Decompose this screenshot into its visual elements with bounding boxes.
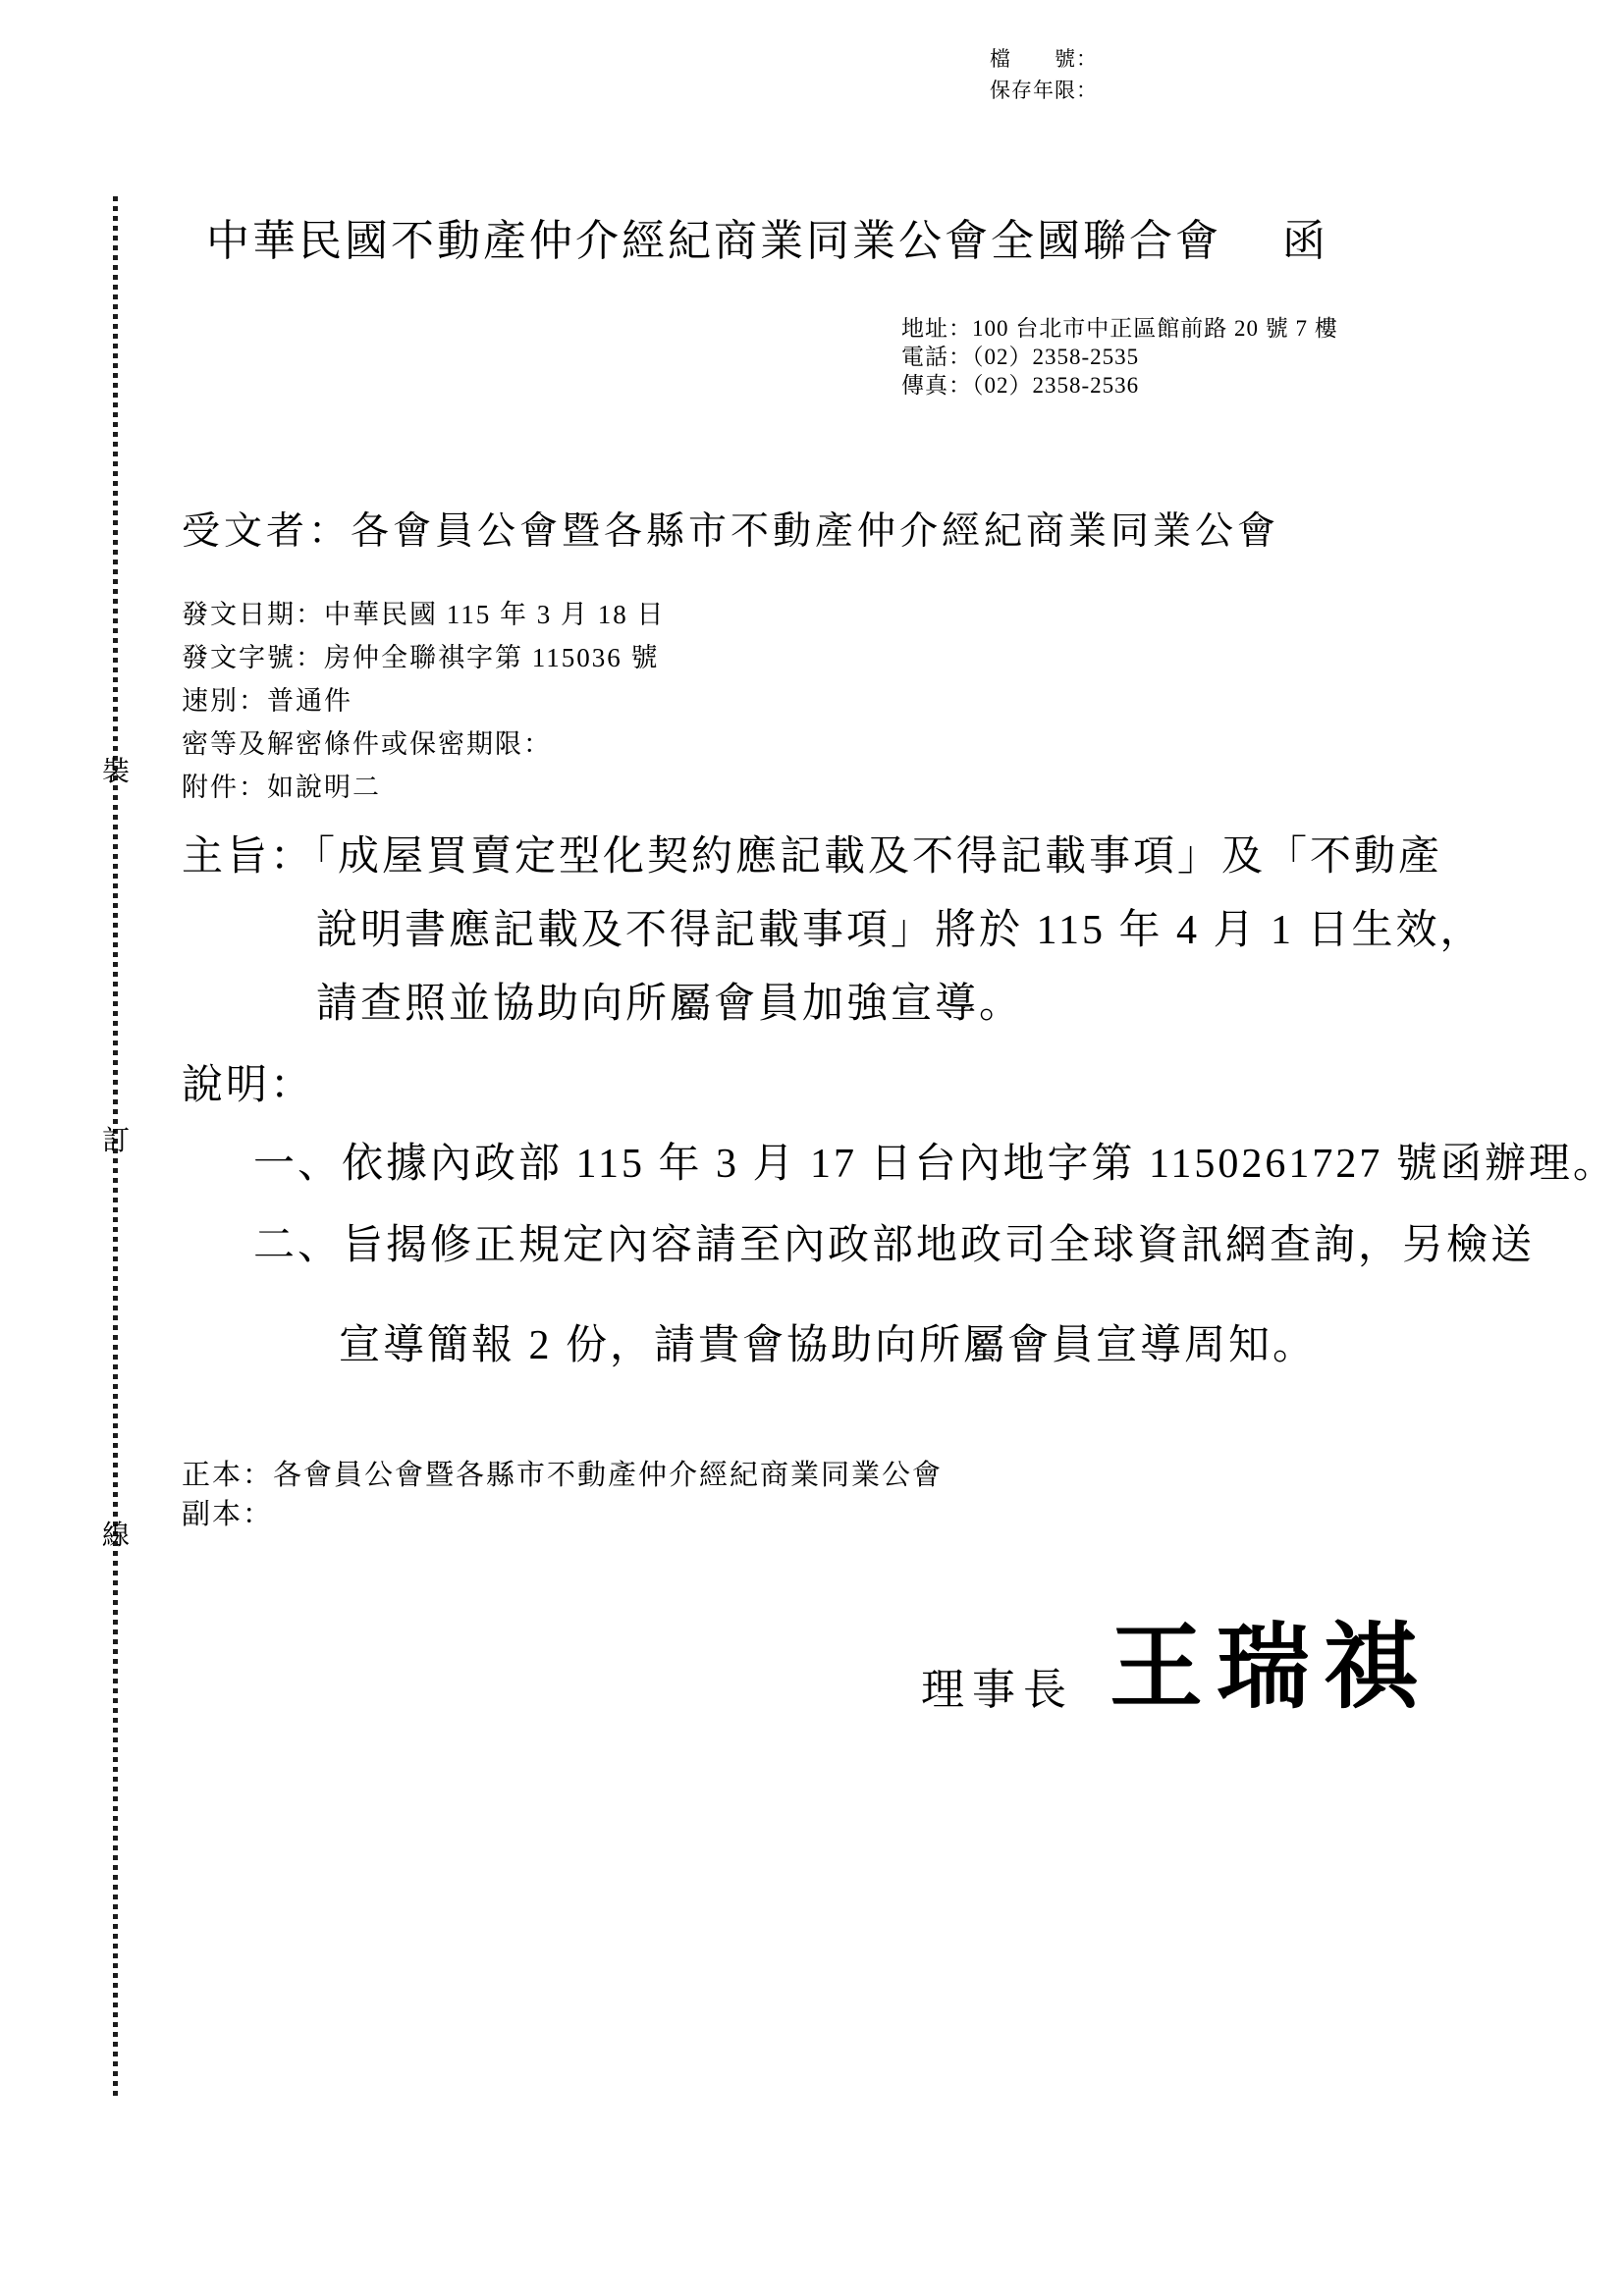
signer-title: 理事長 (921, 1669, 1074, 1712)
doc-title: 中華民國不動產仲介經紀商業同業公會全國聯合會函 (206, 220, 1328, 263)
explanation-heading: 說明： (182, 1065, 314, 1106)
phone-line: 電話：（02）2358-2535 (901, 343, 1338, 371)
retention-period-label: 保存年限： (990, 75, 1098, 106)
meta-speed: 速別：普通件 (182, 679, 666, 722)
subject-line-3: 請查照並協助向所屬會員加強宣導。 (316, 984, 1023, 1025)
file-header-block: 檔 號： 保存年限： (990, 43, 1098, 106)
original-copy-line: 正本：各會員公會暨各縣市不動產仲介經紀商業同業公會 (182, 1456, 943, 1495)
distribution-block: 正本：各會員公會暨各縣市不動產仲介經紀商業同業公會 副本： (182, 1456, 943, 1534)
file-number-label: 檔 號： (990, 43, 1098, 75)
meta-security: 密等及解密條件或保密期限： (182, 722, 666, 766)
explanation-item-2-line-1: 二、旨揭修正規定內容請至內政部地政司全球資訊網查詢，另檢送 (253, 1225, 1535, 1266)
meta-doc-number: 發文字號：房仲全聯祺字第 115036 號 (182, 636, 666, 679)
carbon-copy-line: 副本： (182, 1495, 943, 1534)
explanation-item-1: 一、依據內政部 115 年 3 月 17 日台內地字第 1150261727 號… (253, 1144, 1617, 1185)
binding-char-xian: 線 (101, 1522, 131, 1550)
meta-attachment: 附件：如說明二 (182, 766, 666, 809)
document-page: 裝 訂 線 檔 號： 保存年限： 中華民國不動產仲介經紀商業同業公會全國聯合會函… (0, 0, 1624, 2296)
subject-line-2: 說明書應記載及不得記載事項」將於 115 年 4 月 1 日生效， (316, 910, 1484, 951)
binding-char-ding: 訂 (101, 1128, 131, 1155)
subject-line-1: 主旨：「成屋買賣定型化契約應記載及不得記載事項」及「不動產 (182, 836, 1442, 878)
recipient-line: 受文者：各會員公會暨各縣市不動產仲介經紀商業同業公會 (182, 512, 1279, 551)
meta-date: 發文日期：中華民國 115 年 3 月 18 日 (182, 593, 666, 636)
fax-line: 傳真：（02）2358-2536 (901, 371, 1338, 400)
org-name: 中華民國不動產仲介經紀商業同業公會全國聯合會 (206, 217, 1221, 265)
doc-type-label: 函 (1282, 217, 1328, 265)
binding-char-zhuang: 裝 (101, 759, 131, 786)
meta-block: 發文日期：中華民國 115 年 3 月 18 日 發文字號：房仲全聯祺字第 11… (182, 593, 666, 809)
explanation-item-2-line-2: 宣導簡報 2 份，請貴會協助向所屬會員宣導周知。 (339, 1325, 1317, 1366)
address-line: 地址：100 台北市中正區館前路 20 號 7 樓 (901, 314, 1338, 343)
signer-name: 王瑞祺 (1110, 1622, 1431, 1715)
sender-contact-block: 地址：100 台北市中正區館前路 20 號 7 樓 電話：（02）2358-25… (901, 314, 1338, 400)
